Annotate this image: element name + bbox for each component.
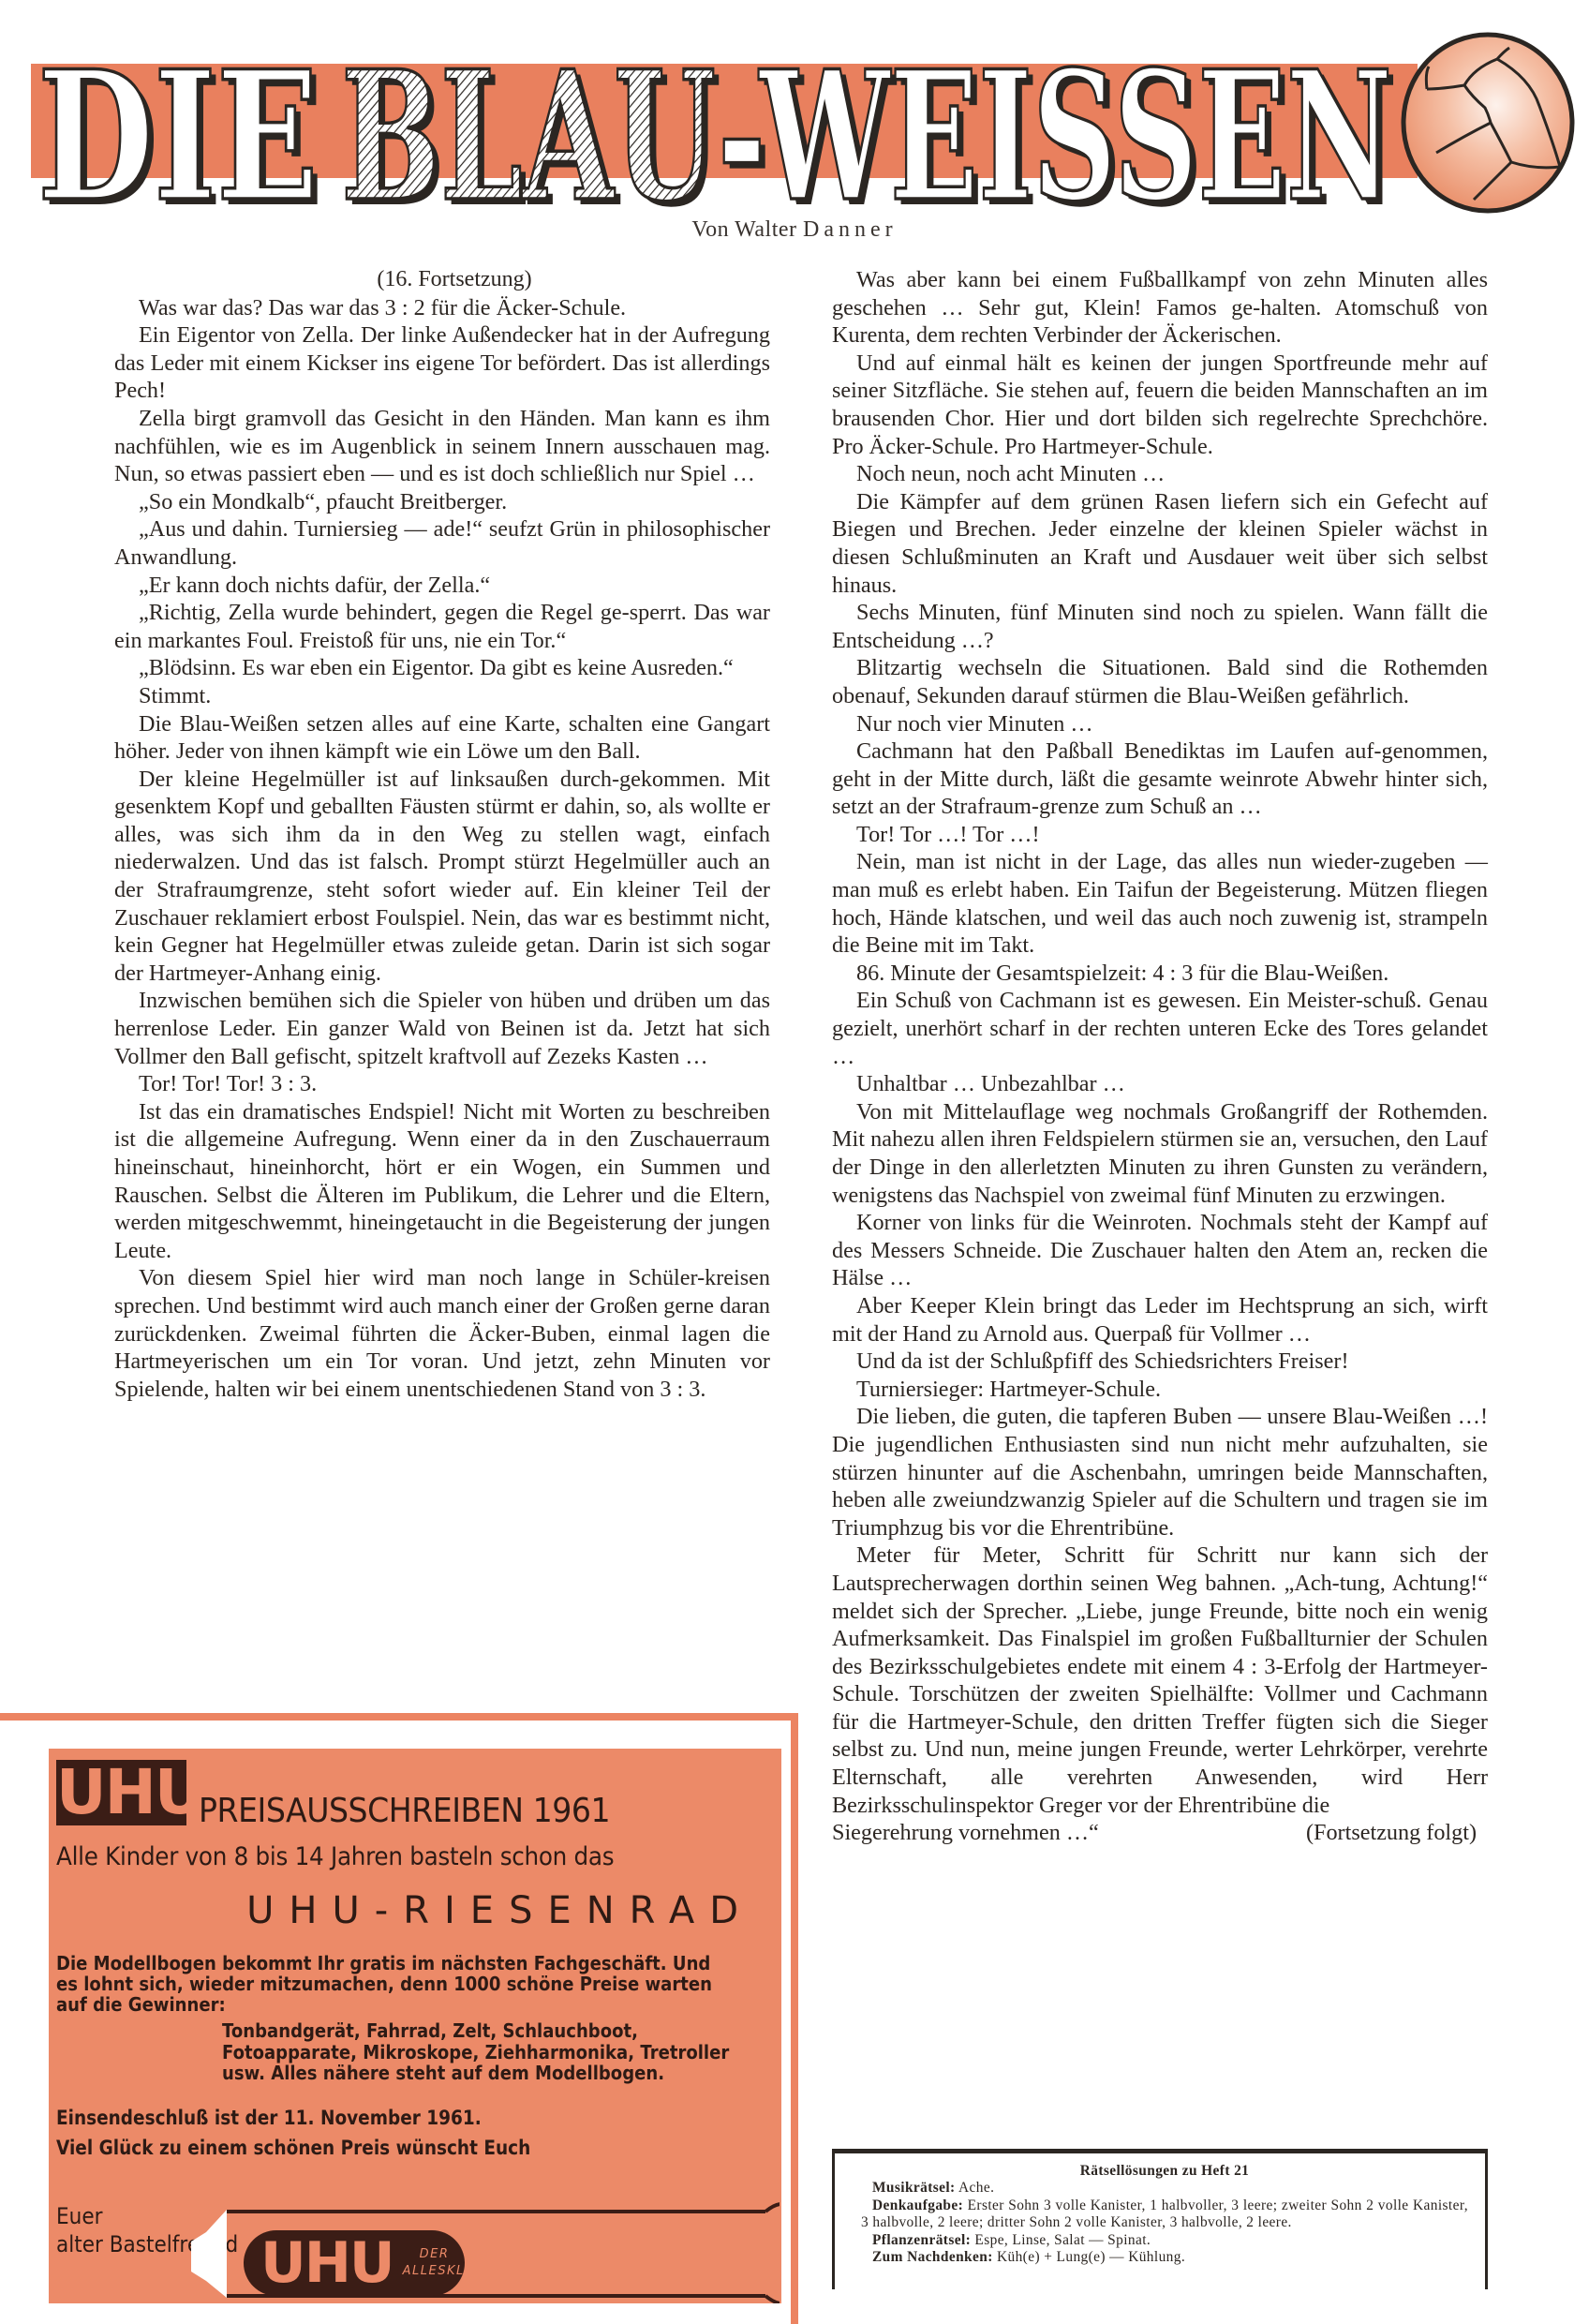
paragraph: Korner von links für die Weinroten. Noch… bbox=[832, 1209, 1488, 1292]
paragraph: Von mit Mittelauflage weg nochmals Großa… bbox=[832, 1098, 1488, 1209]
paragraph: Nur noch vier Minuten … bbox=[832, 710, 1488, 738]
paragraph: Der kleine Hegelmüller ist auf linksauße… bbox=[114, 766, 770, 988]
paragraph: Die Kämpfer auf dem grünen Rasen liefern… bbox=[832, 488, 1488, 599]
paragraph: Was war das? Das war das 3 : 2 für die Ä… bbox=[114, 294, 770, 322]
solution-item: Denkaufgabe: Erster Sohn 3 volle Kaniste… bbox=[861, 2197, 1468, 2232]
uhu-advertisement: UHU PREISAUSSCHREIBEN 1961 Alle Kinder v… bbox=[49, 1749, 781, 2303]
tube-brand: UHU bbox=[260, 2235, 394, 2291]
title-logotype: DIE BLAU -WEISSEN DIE BLAU -WEISSEN bbox=[28, 37, 1405, 225]
paragraph: Ist das ein dramatisches Endspiel! Nicht… bbox=[114, 1098, 770, 1265]
paragraph: „Richtig, Zella wurde behindert, gegen d… bbox=[114, 599, 770, 654]
paragraph: Sechs Minuten, fünf Minuten sind noch zu… bbox=[832, 599, 1488, 654]
paragraph: Die Blau-Weißen setzen alles auf eine Ka… bbox=[114, 710, 770, 766]
paragraph: Blitzartig wechseln die Situationen. Bal… bbox=[832, 654, 1488, 709]
football-icon bbox=[1399, 31, 1577, 215]
solution-item: Zum Nachdenken: Küh(e) + Lung(e) — Kühlu… bbox=[861, 2249, 1468, 2266]
paragraph: Nein, man ist nicht in der Lage, das all… bbox=[832, 848, 1488, 959]
masthead: DIE BLAU -WEISSEN DIE BLAU -WEISSEN Von … bbox=[0, 0, 1589, 253]
solutions-title: Rätsellösungen zu Heft 21 bbox=[861, 2163, 1468, 2180]
byline: Von Walter Danner bbox=[0, 217, 1589, 243]
paragraph: Turniersieger: Hartmeyer-Schule. bbox=[832, 1376, 1488, 1404]
article-column-left: (16. Fortsetzung) Was war das? Das war d… bbox=[114, 266, 770, 1403]
tube-tagline: DER ALLESKLEBER bbox=[403, 2246, 503, 2280]
ad-prizes: Tonbandgerät, Fahrrad, Zelt, Schlauchboo… bbox=[222, 2020, 773, 2084]
ad-intro: Alle Kinder von 8 bis 14 Jahren basteln … bbox=[56, 1842, 714, 1871]
byline-prefix: Von Walter bbox=[691, 217, 796, 242]
paragraph: Tor! Tor! Tor! 3 : 3. bbox=[114, 1070, 770, 1098]
paragraph: Cachmann hat den Paßball Benediktas im L… bbox=[832, 737, 1488, 821]
byline-author: Danner bbox=[803, 217, 898, 242]
solution-item: Musikrätsel: Ache. bbox=[861, 2180, 1468, 2197]
paragraph: Tor! Tor …! Tor …! bbox=[832, 821, 1488, 849]
uhu-logo: UHU bbox=[56, 1760, 186, 1825]
installment-number: (16. Fortsetzung) bbox=[114, 266, 770, 294]
title-word-die: DIE bbox=[37, 37, 319, 225]
closing-line: Siegerehrung vornehmen …“ (Fortsetzung f… bbox=[832, 1819, 1488, 1847]
ad-headline: PREISAUSSCHREIBEN 1961 bbox=[199, 1792, 610, 1830]
solution-item: Pflanzenrätsel: Espe, Linse, Salat — Spi… bbox=[861, 2232, 1468, 2249]
paragraph: Von diesem Spiel hier wird man noch lang… bbox=[114, 1264, 770, 1403]
paragraph: Die lieben, die guten, die tapferen Bube… bbox=[832, 1403, 1488, 1542]
paragraph: Noch neun, noch acht Minuten … bbox=[832, 460, 1488, 488]
uhu-tube-label: UHU DER ALLESKLEBER bbox=[244, 2230, 465, 2296]
paragraph: 86. Minute der Gesamtspielzeit: 4 : 3 fü… bbox=[832, 960, 1488, 988]
paragraph: Unhaltbar … Unbezahlbar … bbox=[832, 1070, 1488, 1098]
paragraph: Und da ist der Schlußpfiff des Schiedsri… bbox=[832, 1348, 1488, 1376]
paragraph: „Blödsinn. Es war eben ein Eigentor. Da … bbox=[114, 654, 770, 682]
closing-text: Siegerehrung vornehmen …“ bbox=[832, 1819, 1099, 1847]
title-word-blau: BLAU bbox=[341, 37, 716, 225]
ad-product-name: UHU-RIESENRAD bbox=[246, 1889, 753, 1932]
continued-note: (Fortsetzung folgt) bbox=[1306, 1819, 1488, 1847]
paragraph: Inzwischen bemühen sich die Spieler von … bbox=[114, 987, 770, 1070]
ad-body: Die Modellbogen bekommt Ihr gratis im nä… bbox=[56, 1953, 716, 2015]
paragraph: Stimmt. bbox=[114, 682, 770, 710]
paragraph: Was aber kann bei einem Fußballkampf von… bbox=[832, 266, 1488, 350]
paragraph: „So ein Mondkalb“, pfaucht Breitberger. bbox=[114, 488, 770, 516]
article-column-right: Was aber kann bei einem Fußballkampf von… bbox=[832, 266, 1488, 1847]
ad-wishes: Viel Glück zu einem schönen Preis wünsch… bbox=[56, 2137, 530, 2159]
title-word-weissen: -WEISSEN bbox=[718, 37, 1392, 225]
paragraph: Zella birgt gramvoll das Gesicht in den … bbox=[114, 405, 770, 488]
ad-deadline: Einsendeschluß ist der 11. November 1961… bbox=[56, 2107, 482, 2129]
paragraph: Ein Schuß von Cachmann ist es gewesen. E… bbox=[832, 987, 1488, 1070]
puzzle-solutions-box: Rätsellösungen zu Heft 21 Musikrätsel: A… bbox=[832, 2149, 1488, 2289]
paragraph: Und auf einmal hält es keinen der jungen… bbox=[832, 350, 1488, 460]
paragraph: Ein Eigentor von Zella. Der linke Außend… bbox=[114, 321, 770, 405]
paragraph: „Er kann doch nichts dafür, der Zella.“ bbox=[114, 572, 770, 600]
paragraph: Meter für Meter, Schritt für Schritt nur… bbox=[832, 1542, 1488, 1819]
paragraph: Aber Keeper Klein bringt das Leder im He… bbox=[832, 1292, 1488, 1348]
paragraph: „Aus und dahin. Turniersieg — ade!“ seuf… bbox=[114, 515, 770, 571]
